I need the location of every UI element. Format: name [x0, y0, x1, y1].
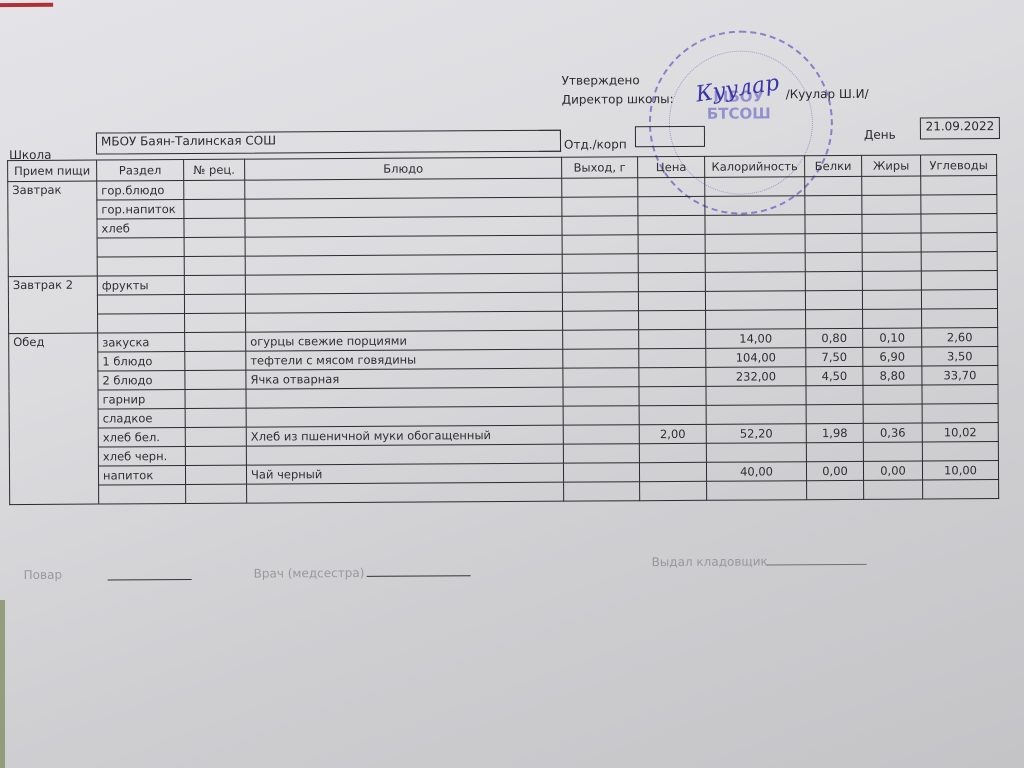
- dish-cell: тефтели с мясом говядины: [246, 349, 563, 370]
- recipe-cell: [185, 408, 246, 427]
- protein-cell: 1,98: [806, 423, 863, 442]
- school-field-end: [539, 130, 561, 152]
- cook-signature-line: [108, 579, 192, 581]
- kcal-cell: [705, 215, 805, 235]
- yield-cell: [563, 368, 639, 387]
- carbs-cell: 2,60: [922, 328, 998, 347]
- section-cell: хлеб черн.: [98, 446, 185, 466]
- price-cell: [639, 367, 706, 386]
- carbs-cell: [923, 480, 999, 499]
- recipe-cell: [184, 218, 245, 237]
- carbs-cell: 10,02: [922, 423, 998, 442]
- carbs-cell: [921, 176, 997, 195]
- yield-cell: [563, 330, 639, 349]
- carbs-cell: [922, 404, 998, 423]
- carbs-cell: [921, 271, 997, 290]
- yield-cell: [562, 292, 638, 311]
- approved-label: Утверждено: [562, 73, 640, 87]
- price-cell: [639, 329, 706, 348]
- protein-cell: [805, 195, 862, 214]
- dish-cell: [245, 235, 562, 256]
- day-label: День: [864, 128, 896, 142]
- school-value: МБОУ Баян-Талинская СОШ: [101, 133, 276, 148]
- header-col-price: Цена: [638, 156, 705, 177]
- protein-cell: 7,50: [806, 347, 863, 366]
- price-cell: [638, 177, 705, 196]
- meal-cell: Обед: [9, 333, 99, 505]
- protein-cell: [805, 252, 862, 271]
- carbs-cell: [922, 309, 998, 328]
- yield-cell: [563, 425, 639, 444]
- recipe-cell: [186, 484, 247, 503]
- kcal-cell: [706, 386, 806, 406]
- carbs-cell: [922, 385, 998, 404]
- kcal-cell: 40,00: [706, 462, 806, 482]
- yield-cell: [562, 254, 638, 273]
- header-col-section: Раздел: [97, 160, 184, 182]
- protein-cell: [805, 233, 862, 252]
- fat-cell: [863, 404, 922, 423]
- recipe-cell: [185, 370, 246, 389]
- header-col-kcal: Калорийность: [705, 156, 805, 178]
- fat-cell: 0,10: [863, 328, 922, 347]
- carbs-cell: [921, 195, 997, 214]
- carbs-cell: [921, 214, 997, 233]
- price-cell: [639, 348, 706, 367]
- director-label: Директор школы:: [562, 92, 674, 107]
- dish-cell: [245, 216, 562, 237]
- header-col-yield: Выход, г: [562, 157, 638, 178]
- section-cell: 2 блюдо: [98, 370, 185, 390]
- protein-cell: [805, 271, 862, 290]
- menu-table: Прием пищиРаздел№ рец.БлюдоВыход, гЦенаК…: [7, 154, 999, 505]
- kcal-cell: [705, 196, 805, 216]
- kcal-cell: [705, 234, 805, 254]
- doctor-signature-line: [367, 575, 471, 577]
- price-cell: [638, 291, 705, 310]
- dish-cell: [245, 254, 562, 275]
- protein-cell: 4,50: [806, 366, 863, 385]
- fat-cell: 6,90: [863, 347, 922, 366]
- yield-cell: [562, 197, 638, 216]
- dish-cell: [245, 178, 562, 199]
- fat-cell: [862, 176, 921, 195]
- price-cell: [638, 253, 705, 272]
- fat-cell: [862, 195, 921, 214]
- fat-cell: [863, 385, 922, 404]
- recipe-cell: [184, 199, 245, 218]
- yield-cell: [563, 349, 639, 368]
- section-cell: 1 блюдо: [98, 351, 185, 371]
- fat-cell: 0,36: [863, 423, 922, 442]
- protein-cell: [806, 404, 863, 423]
- yield-cell: [562, 273, 638, 292]
- recipe-cell: [184, 294, 245, 313]
- kcal-cell: [705, 253, 805, 273]
- header-col-recipe: № рец.: [184, 159, 245, 180]
- carbs-cell: [922, 442, 998, 461]
- dish-cell: [247, 482, 564, 503]
- yield-cell: [562, 235, 638, 254]
- recipe-cell: [185, 313, 246, 332]
- recipe-cell: [185, 351, 246, 370]
- kcal-cell: 232,00: [706, 367, 806, 387]
- dish-cell: [245, 197, 562, 218]
- fat-cell: [862, 233, 921, 252]
- department-label: Отд./корп: [564, 137, 627, 151]
- section-cell: [99, 484, 186, 504]
- dish-cell: [245, 292, 562, 313]
- menu-document: Утверждено Директор школы: /Куулар Ш.И/ …: [0, 0, 1024, 768]
- department-field[interactable]: [635, 126, 705, 147]
- section-cell: [97, 257, 184, 277]
- protein-cell: [805, 214, 862, 233]
- background-edge: [0, 600, 5, 768]
- recipe-cell: [184, 237, 245, 256]
- price-cell: [638, 215, 705, 234]
- section-cell: гор.напиток: [97, 200, 184, 220]
- kcal-cell: [705, 291, 805, 311]
- price-cell: [639, 443, 706, 462]
- protein-cell: [806, 385, 863, 404]
- school-field[interactable]: МБОУ Баян-Талинская СОШ: [96, 130, 561, 155]
- carbs-cell: [921, 252, 997, 271]
- dish-cell: [246, 387, 563, 408]
- header-col-fat: Жиры: [862, 155, 921, 176]
- recipe-cell: [185, 446, 246, 465]
- price-cell: [639, 462, 706, 481]
- section-cell: гарнир: [98, 389, 185, 409]
- protein-cell: 0,80: [806, 328, 863, 347]
- carbs-cell: [921, 233, 997, 252]
- price-cell: [639, 386, 706, 405]
- red-edge: [0, 3, 53, 7]
- dish-cell: [246, 444, 563, 465]
- header-col-carbs: Углеводы: [921, 155, 997, 176]
- header-col-protein: Белки: [805, 155, 862, 176]
- recipe-cell: [185, 427, 246, 446]
- protein-cell: [806, 442, 863, 461]
- carbs-cell: 10,00: [922, 461, 998, 480]
- price-cell: [640, 481, 707, 500]
- price-cell: [638, 272, 705, 291]
- section-cell: напиток: [98, 465, 185, 485]
- fat-cell: [862, 271, 921, 290]
- section-cell: гор.блюдо: [97, 181, 184, 201]
- fat-cell: [862, 290, 921, 309]
- section-cell: сладкое: [98, 408, 185, 428]
- kcal-cell: [706, 310, 806, 330]
- dish-cell: Хлеб из пшеничной муки обогащенный: [246, 425, 563, 446]
- protein-cell: [806, 309, 863, 328]
- kcal-cell: 52,20: [706, 424, 806, 444]
- price-cell: [639, 405, 706, 424]
- section-cell: хлеб: [97, 219, 184, 239]
- price-cell: [639, 310, 706, 329]
- recipe-cell: [185, 389, 246, 408]
- recipe-cell: [184, 256, 245, 275]
- fat-cell: [862, 252, 921, 271]
- storekeeper-signature-line: [767, 564, 867, 566]
- fat-cell: [863, 442, 922, 461]
- price-cell: [638, 234, 705, 253]
- yield-cell: [563, 311, 639, 330]
- protein-cell: [805, 176, 862, 195]
- section-cell: фрукты: [97, 276, 184, 296]
- day-value: 21.09.2022: [926, 119, 995, 133]
- fat-cell: 0,00: [863, 461, 922, 480]
- header-col-dish: Блюдо: [245, 157, 562, 180]
- header-col-meal: Прием пищи: [8, 160, 97, 182]
- yield-cell: [563, 406, 639, 425]
- protein-cell: [805, 290, 862, 309]
- fat-cell: [864, 480, 923, 499]
- recipe-cell: [185, 332, 246, 351]
- kcal-cell: 104,00: [706, 348, 806, 368]
- kcal-cell: [705, 177, 805, 197]
- director-name: /Куулар Ш.И/: [786, 87, 869, 102]
- kcal-cell: [705, 272, 805, 292]
- section-cell: [98, 314, 185, 334]
- day-field[interactable]: 21.09.2022: [920, 117, 1000, 139]
- section-cell: хлеб бел.: [98, 427, 185, 447]
- protein-cell: [807, 480, 864, 499]
- recipe-cell: [184, 180, 245, 199]
- kcal-cell: [706, 443, 806, 463]
- fat-cell: [862, 214, 921, 233]
- yield-cell: [563, 463, 639, 482]
- dish-cell: [246, 406, 563, 427]
- dish-cell: огурцы свежие порциями: [246, 330, 563, 351]
- meal-cell: Завтрак: [8, 181, 98, 277]
- yield-cell: [562, 216, 638, 235]
- yield-cell: [562, 178, 638, 197]
- yield-cell: [563, 444, 639, 463]
- section-cell: закуска: [98, 333, 185, 353]
- cook-label: Повар: [24, 568, 63, 582]
- dish-cell: Чай черный: [246, 463, 563, 484]
- dish-cell: [245, 273, 562, 294]
- kcal-cell: 14,00: [706, 329, 806, 349]
- section-cell: [97, 238, 184, 258]
- dish-cell: [246, 311, 563, 332]
- kcal-cell: [706, 405, 806, 425]
- carbs-cell: [921, 290, 997, 309]
- fat-cell: [863, 309, 922, 328]
- yield-cell: [563, 387, 639, 406]
- kcal-cell: [707, 481, 807, 501]
- meal-cell: Завтрак 2: [8, 276, 97, 334]
- recipe-cell: [184, 275, 245, 294]
- price-cell: [638, 196, 705, 215]
- recipe-cell: [185, 465, 246, 484]
- price-cell: 2,00: [639, 424, 706, 443]
- yield-cell: [564, 482, 640, 501]
- protein-cell: 0,00: [806, 461, 863, 480]
- section-cell: [97, 295, 184, 315]
- fat-cell: 8,80: [863, 366, 922, 385]
- carbs-cell: 33,70: [922, 366, 998, 385]
- dish-cell: Ячка отварная: [246, 368, 563, 389]
- storekeeper-label: Выдал кладовщик: [652, 554, 768, 569]
- carbs-cell: 3,50: [922, 347, 998, 366]
- doctor-label: Врач (медсестра): [254, 566, 365, 581]
